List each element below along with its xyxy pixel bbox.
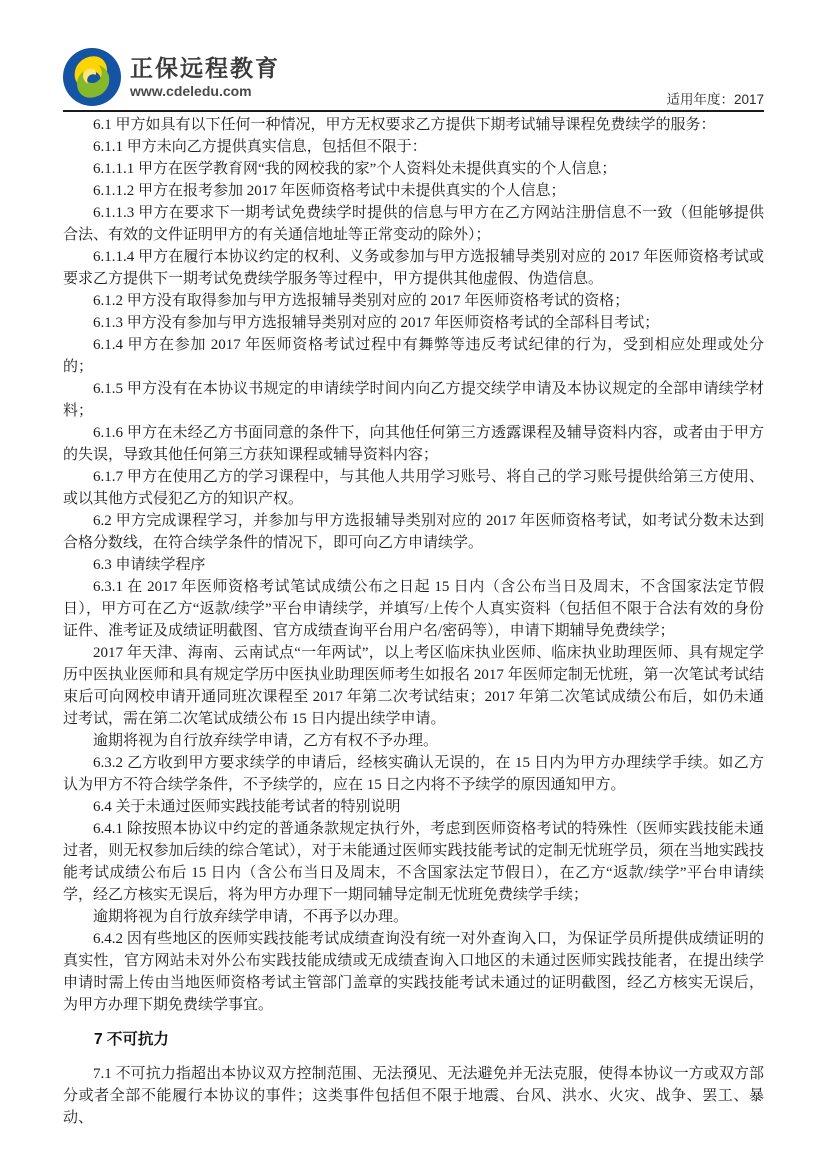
applicable-year-label: 适用年度：2017 <box>666 88 764 110</box>
brand-text: 正保远程教育 www.cdeledu.com <box>130 54 280 101</box>
clause-6-4-2: 6.4.2 因有些地区的医师实践技能考试成绩查询没有统一对外查询入口，为保证学员… <box>63 928 764 1016</box>
clause-6-1-4: 6.1.4 甲方在参加 2017 年医师资格考试过程中有舞弊等违反考试纪律的行为… <box>63 334 764 378</box>
clause-6-4-1-overdue: 逾期将视为自行放弃续学申请，不再予以办理。 <box>63 906 764 928</box>
brand-name: 正保远程教育 <box>130 54 280 83</box>
clause-6-1-1: 6.1.1 甲方未向乙方提供真实信息，包括但不限于： <box>63 136 764 158</box>
clause-6-3-1: 6.3.1 在 2017 年医师资格考试笔试成绩公布之日起 15 日内（含公布当… <box>63 576 764 642</box>
document-page: 正保远程教育 www.cdeledu.com 适用年度：2017 6.1 甲方如… <box>0 0 827 1169</box>
clause-6-1-1-3: 6.1.1.3 甲方在要求下一期考试免费续学时提供的信息与甲方在乙方网站注册信息… <box>63 202 764 246</box>
clause-6-1-7: 6.1.7 甲方在使用乙方的学习课程中，与其他人共用学习账号、将自己的学习账号提… <box>63 466 764 510</box>
clause-6-4-1: 6.4.1 除按照本协议中约定的普通条款规定执行外，考虑到医师资格考试的特殊性（… <box>63 818 764 906</box>
cdel-swirl-logo-icon <box>63 48 121 106</box>
page-number: 3 <box>410 1064 417 1079</box>
clause-6-1-1-2: 6.1.1.2 甲方在报考参加 2017 年医师资格考试中未提供真实的个人信息； <box>63 180 764 202</box>
contract-body: 6.1 甲方如具有以下任何一种情况，甲方无权要求乙方提供下期考试辅导课程免费续学… <box>63 114 764 1129</box>
clause-6-1-6: 6.1.6 甲方在未经乙方书面同意的条件下，向其他任何第三方透露课程及辅导资料内… <box>63 422 764 466</box>
clause-6-3: 6.3 申请续学程序 <box>63 554 764 576</box>
page-header: 正保远程教育 www.cdeledu.com 适用年度：2017 <box>63 48 764 110</box>
brand-block: 正保远程教育 www.cdeledu.com <box>63 48 280 106</box>
clause-6-3-1-overdue: 逾期将视为自行放弃续学申请，乙方有权不予办理。 <box>63 730 764 752</box>
clause-6-1-1-4: 6.1.1.4 甲方在履行本协议约定的权利、义务或参加与甲方选报辅导类别对应的 … <box>63 246 764 290</box>
clause-6-1: 6.1 甲方如具有以下任何一种情况，甲方无权要求乙方提供下期考试辅导课程免费续学… <box>63 114 764 136</box>
clause-6-4: 6.4 关于未通过医师实践技能考试者的特别说明 <box>63 796 764 818</box>
clause-6-1-2: 6.1.2 甲方没有取得参加与甲方选报辅导类别对应的 2017 年医师资格考试的… <box>63 290 764 312</box>
clause-6-1-3: 6.1.3 甲方没有参加与甲方选报辅导类别对应的 2017 年医师资格考试的全部… <box>63 312 764 334</box>
header-divider <box>63 110 764 112</box>
clause-6-3-2: 6.3.2 乙方收到甲方要求续学的申请后，经核实确认无误的，在 15 日内为甲方… <box>63 752 764 796</box>
page-footer: 3 <box>0 1064 827 1080</box>
clause-6-1-5: 6.1.5 甲方没有在本协议书规定的申请续学时间内向乙方提交续学申请及本协议规定… <box>63 378 764 422</box>
section-7-heading: 7 不可抗力 <box>63 1029 764 1051</box>
clause-6-3-1-note: 2017 年天津、海南、云南试点“一年两试”，以上考区临床执业医师、临床执业助理… <box>63 642 764 730</box>
clause-6-2: 6.2 甲方完成课程学习，并参加与甲方选报辅导类别对应的 2017 年医师资格考… <box>63 510 764 554</box>
clause-6-1-1-1: 6.1.1.1 甲方在医学教育网“我的网校我的家”个人资料处未提供真实的个人信息… <box>63 158 764 180</box>
brand-url: www.cdeledu.com <box>130 82 280 100</box>
